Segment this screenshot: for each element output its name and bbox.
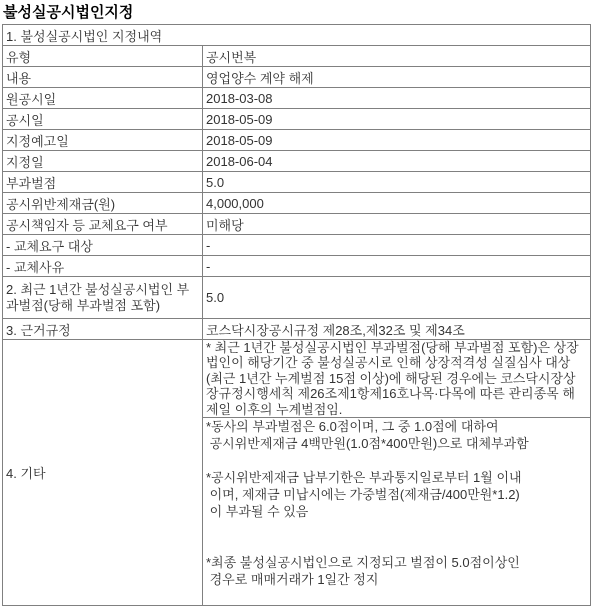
table-row: 부과벌점 5.0	[3, 172, 591, 193]
table-row: 1. 불성실공시법인 지정내역	[3, 25, 591, 46]
row-label-content: 내용	[3, 67, 203, 88]
row-label-officer-replacement: 공시책임자 등 교체요구 여부	[3, 214, 203, 235]
table-row: 4. 기타 * 최근 1년간 불성실공시법인 부과벌점(당해 부과벌점 포함)은…	[3, 340, 591, 418]
section4-note-regulation: * 최근 1년간 불성실공시법인 부과벌점(당해 부과벌점 포함)은 상장 법인…	[203, 340, 591, 418]
table-row: 공시책임자 등 교체요구 여부 미해당	[3, 214, 591, 235]
table-row: - 교체요구 대상 -	[3, 235, 591, 256]
row-value-disclosure-date: 2018-05-09	[203, 109, 591, 130]
row-value-officer-replacement: 미해당	[203, 214, 591, 235]
table-row: 내용 영업양수 계약 해제	[3, 67, 591, 88]
row-label-replacement-reason: - 교체사유	[3, 256, 203, 277]
row-label-disclosure-date: 공시일	[3, 109, 203, 130]
table-row: 지정일 2018-06-04	[3, 151, 591, 172]
row-label-replacement-target: - 교체요구 대상	[3, 235, 203, 256]
section4-note-details: *동사의 부과벌점은 6.0점이며, 그 중 1.0점에 대하여 공시위반제재금…	[203, 418, 591, 606]
row-value-designation-notice-date: 2018-05-09	[203, 130, 591, 151]
row-label-designation-date: 지정일	[3, 151, 203, 172]
row-value-violation-fine: 4,000,000	[203, 193, 591, 214]
row-value-penalty-points: 5.0	[203, 172, 591, 193]
table-row: 공시일 2018-05-09	[3, 109, 591, 130]
section3-value: 코스닥시장공시규정 제28조,제32조 및 제34조	[203, 319, 591, 340]
row-value-designation-date: 2018-06-04	[203, 151, 591, 172]
section3-label: 3. 근거규정	[3, 319, 203, 340]
row-value-replacement-target: -	[203, 235, 591, 256]
disclosure-table: 1. 불성실공시법인 지정내역 유형 공시번복 내용 영업양수 계약 해제 원공…	[2, 24, 591, 606]
row-label-original-disclosure-date: 원공시일	[3, 88, 203, 109]
row-value-original-disclosure-date: 2018-03-08	[203, 88, 591, 109]
row-value-replacement-reason: -	[203, 256, 591, 277]
table-row: 유형 공시번복	[3, 46, 591, 67]
section4-label: 4. 기타	[3, 340, 203, 606]
row-label-violation-fine: 공시위반제재금(원)	[3, 193, 203, 214]
table-row: 3. 근거규정 코스닥시장공시규정 제28조,제32조 및 제34조	[3, 319, 591, 340]
page-title: 불성실공시법인지정	[3, 4, 601, 21]
row-label-type: 유형	[3, 46, 203, 67]
row-label-penalty-points: 부과벌점	[3, 172, 203, 193]
table-row: 지정예고일 2018-05-09	[3, 130, 591, 151]
row-value-content: 영업양수 계약 해제	[203, 67, 591, 88]
table-row: 2. 최근 1년간 불성실공시법인 부 과벌점(당해 부과벌점 포함) 5.0	[3, 277, 591, 319]
row-value-type: 공시번복	[203, 46, 591, 67]
section1-header: 1. 불성실공시법인 지정내역	[3, 25, 591, 46]
section2-label: 2. 최근 1년간 불성실공시법인 부 과벌점(당해 부과벌점 포함)	[3, 277, 203, 319]
section2-value: 5.0	[203, 277, 591, 319]
table-row: 원공시일 2018-03-08	[3, 88, 591, 109]
table-row: 공시위반제재금(원) 4,000,000	[3, 193, 591, 214]
table-row: - 교체사유 -	[3, 256, 591, 277]
row-label-designation-notice-date: 지정예고일	[3, 130, 203, 151]
